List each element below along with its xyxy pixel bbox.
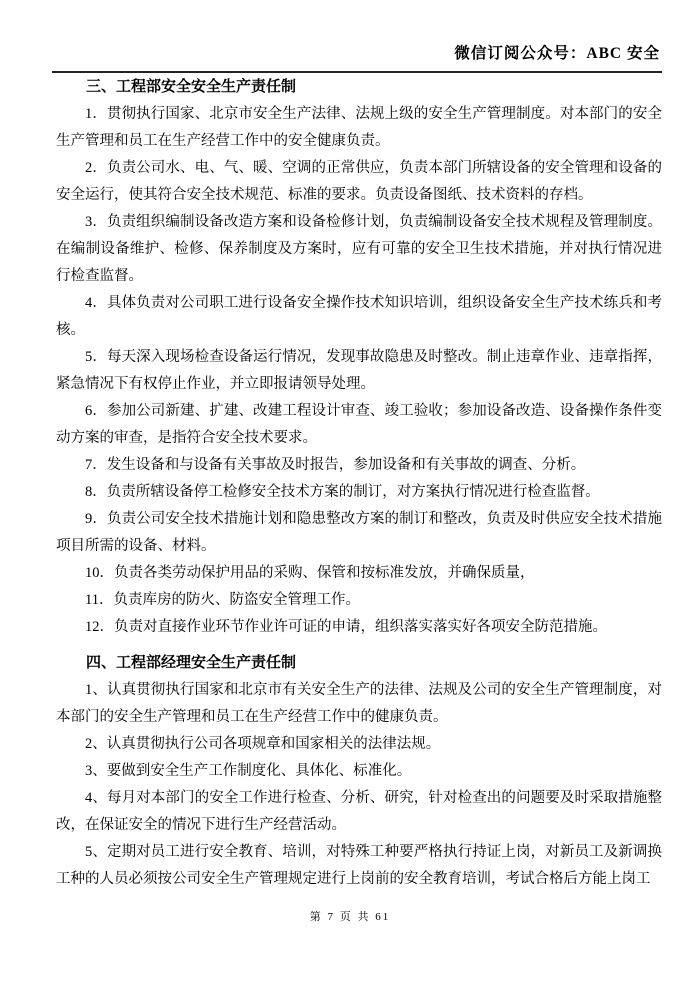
list-item: 2．负责公司水、电、气、暖、空调的正常供应，负责本部门所辖设备的安全管理和设备的… — [56, 155, 662, 209]
section-heading-3: 三、工程部安全安全生产责任制 — [56, 74, 662, 101]
list-item: 2、认真贯彻执行公司各项规章和国家相关的法律法规。 — [56, 731, 662, 758]
list-item: 6．参加公司新建、扩建、改建工程设计审查、竣工验收；参加设备改造、设备操作条件变… — [56, 398, 662, 452]
list-item: 11．负责库房的防火、防盗安全管理工作。 — [56, 587, 662, 614]
list-item: 3．负责组织编制设备改造方案和设备检修计划，负责编制设备安全技术规程及管理制度。… — [56, 209, 662, 290]
list-item: 5．每天深入现场检查设备运行情况，发现事故隐患及时整改。制止违章作业、违章指挥，… — [56, 344, 662, 398]
page-header: 微信订阅公众号：ABC 安全 — [52, 44, 662, 73]
list-item: 4．具体负责对公司职工进行设备安全操作技术知识培训，组织设备安全生产技术练兵和考… — [56, 290, 662, 344]
list-item: 12．负责对直接作业环节作业许可证的申请，组织落实落实好各项安全防范措施。 — [56, 614, 662, 641]
list-item: 1、认真贯彻执行国家和北京市有关安全生产的法律、法规及公司的安全生产管理制度，对… — [56, 677, 662, 731]
list-item: 4、每月对本部门的安全工作进行检查、分析、研究，针对检查出的问题要及时采取措施整… — [56, 785, 662, 839]
list-item: 3、要做到安全生产工作制度化、具体化、标准化。 — [56, 758, 662, 785]
list-item: 1．贯彻执行国家、北京市安全生产法律、法规上级的安全生产管理制度。对本部门的安全… — [56, 101, 662, 155]
section-heading-4: 四、工程部经理安全生产责任制 — [56, 650, 662, 677]
list-item: 9．负责公司安全技术措施计划和隐患整改方案的制订和整改，负责及时供应安全技术措施… — [56, 506, 662, 560]
list-item: 7．发生设备和与设备有关事故及时报告，参加设备和有关事故的调查、分析。 — [56, 452, 662, 479]
list-item: 10．负责各类劳动保护用品的采购、保管和按标准发放，并确保质量， — [56, 560, 662, 587]
list-item: 8．负责所辖设备停工检修安全技术方案的制订，对方案执行情况进行检查监督。 — [56, 479, 662, 506]
page-number: 第 7 页 共 61 — [0, 908, 700, 924]
document-page: 微信订阅公众号：ABC 安全 三、工程部安全安全生产责任制 1．贯彻执行国家、北… — [0, 0, 700, 990]
list-item: 5、定期对员工进行安全教育、培训，对特殊工种要严格执行持证上岗，对新员工及新调换… — [56, 839, 662, 893]
document-body: 三、工程部安全安全生产责任制 1．贯彻执行国家、北京市安全生产法律、法规上级的安… — [56, 73, 662, 893]
